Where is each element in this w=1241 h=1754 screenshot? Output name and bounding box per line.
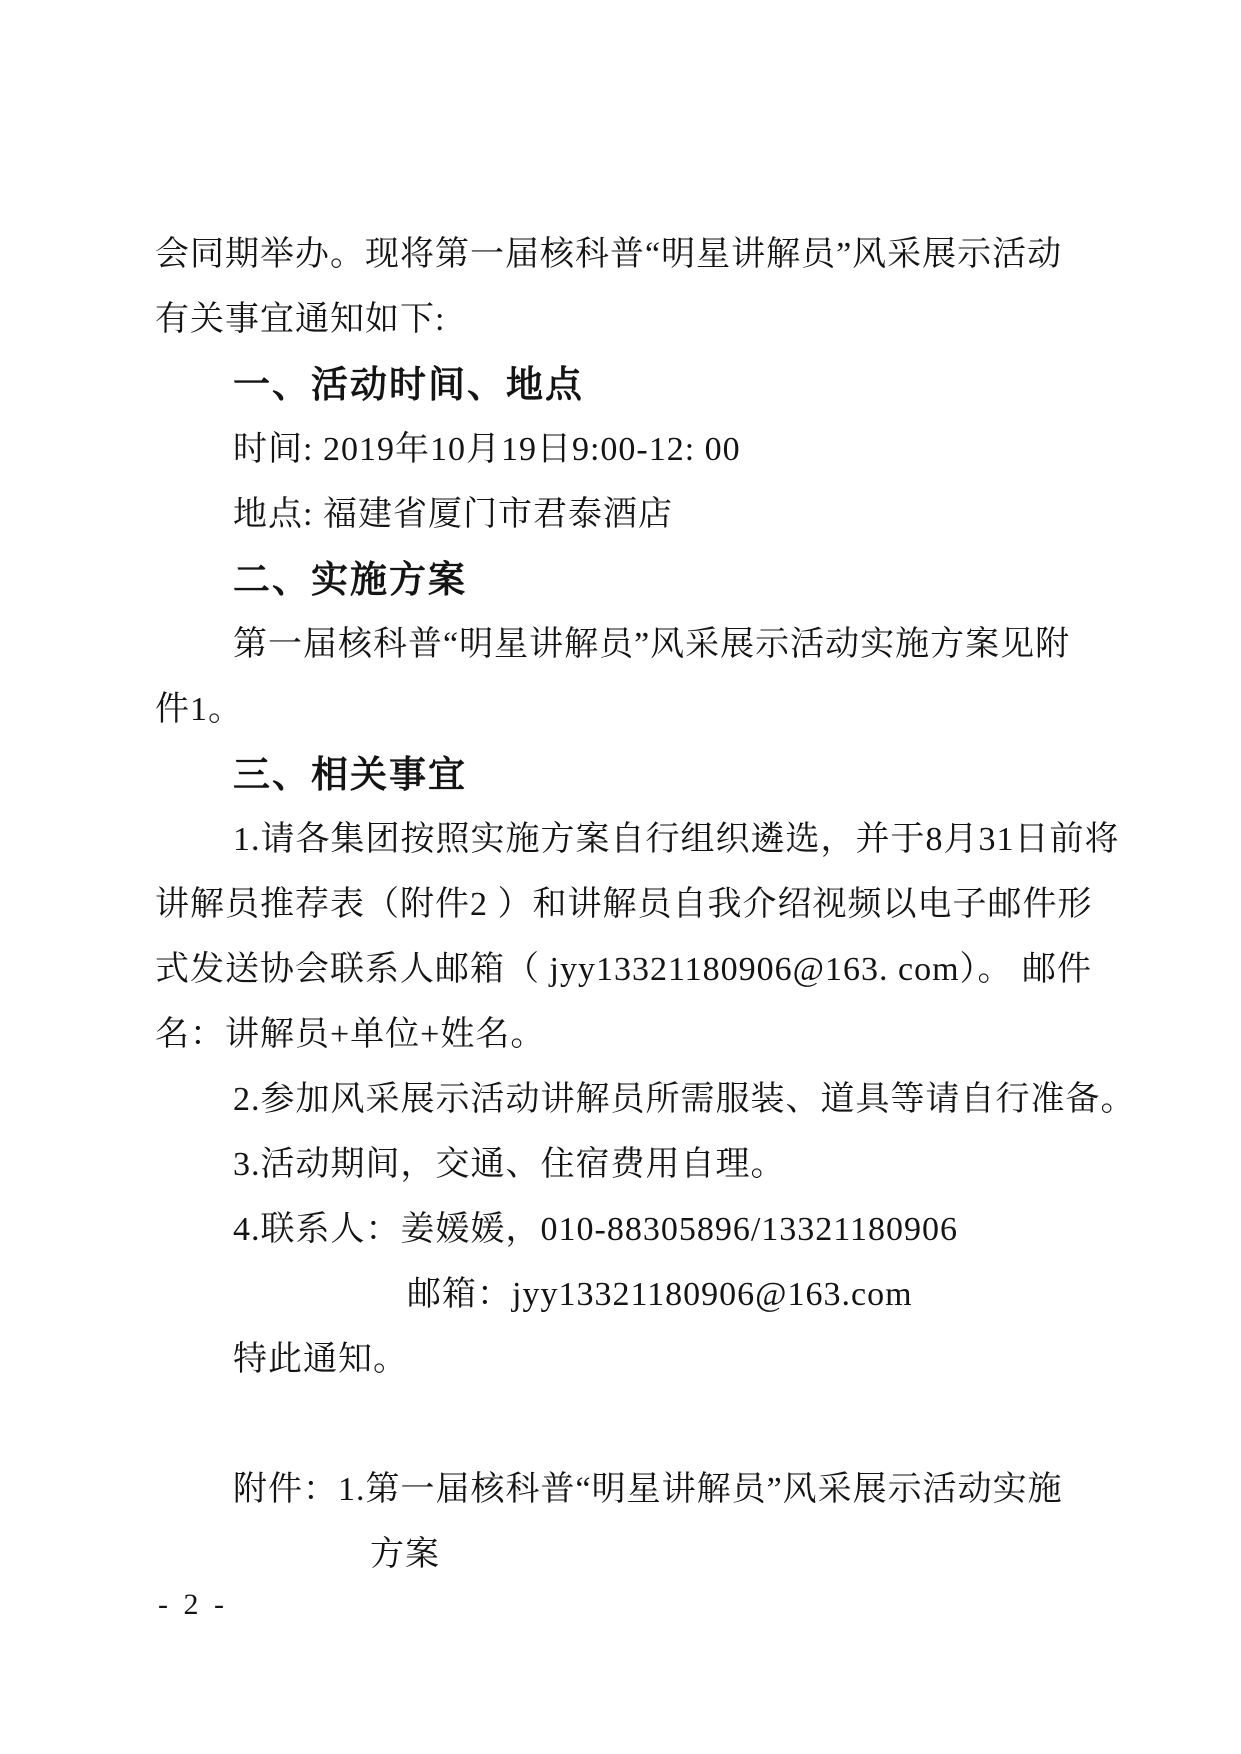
attachments-line-2: 方案: [155, 1522, 1090, 1587]
matters-item-4-line-2: 邮箱：jyy13321180906@163.com: [155, 1262, 1090, 1327]
attachments-line-1: 附件：1.第一届核科普“明星讲解员”风采展示活动实施: [155, 1457, 1090, 1522]
plan-body-line-1: 第一届核科普“明星讲解员”风采展示活动实施方案见附: [155, 612, 1090, 677]
matters-item-4-line-1: 4.联系人：姜媛媛，010-88305896/13321180906: [155, 1197, 1090, 1262]
event-time-line: 时间: 2019年10月19日9:00-12: 00: [155, 417, 1090, 482]
plan-body-line-2: 件1。: [155, 677, 1090, 742]
document-body: 会同期举办。现将第一届核科普“明星讲解员”风采展示活动 有关事宜通知如下: 一、…: [155, 222, 1090, 1587]
matters-item-3: 3.活动期间，交通、住宿费用自理。: [155, 1132, 1090, 1197]
matters-item-1-line-2: 讲解员推荐表（附件2 ）和讲解员自我介绍视频以电子邮件形: [155, 872, 1090, 937]
section-1-heading: 一、活动时间、地点: [155, 352, 1090, 417]
matters-item-1-line-1: 1.请各集团按照实施方案自行组织遴选，并于8月31日前将: [155, 807, 1090, 872]
matters-item-1-line-3: 式发送协会联系人邮箱（ jyy13321180906@163. com）。 邮件: [155, 937, 1090, 1002]
matters-item-1-line-4: 名：讲解员+单位+姓名。: [155, 1002, 1090, 1067]
intro-line-2: 有关事宜通知如下:: [155, 287, 1090, 352]
intro-line-1: 会同期举办。现将第一届核科普“明星讲解员”风采展示活动: [155, 222, 1090, 287]
section-3-heading: 三、相关事宜: [155, 742, 1090, 807]
matters-item-2: 2.参加风采展示活动讲解员所需服装、道具等请自行准备。: [155, 1067, 1090, 1132]
section-2-heading: 二、实施方案: [155, 547, 1090, 612]
page-number: - 2 -: [158, 1588, 228, 1622]
spacer-line: [155, 1392, 1090, 1457]
closing-line: 特此通知。: [155, 1327, 1090, 1392]
event-place-line: 地点: 福建省厦门市君泰酒店: [155, 482, 1090, 547]
document-page: 会同期举办。现将第一届核科普“明星讲解员”风采展示活动 有关事宜通知如下: 一、…: [0, 0, 1241, 1754]
